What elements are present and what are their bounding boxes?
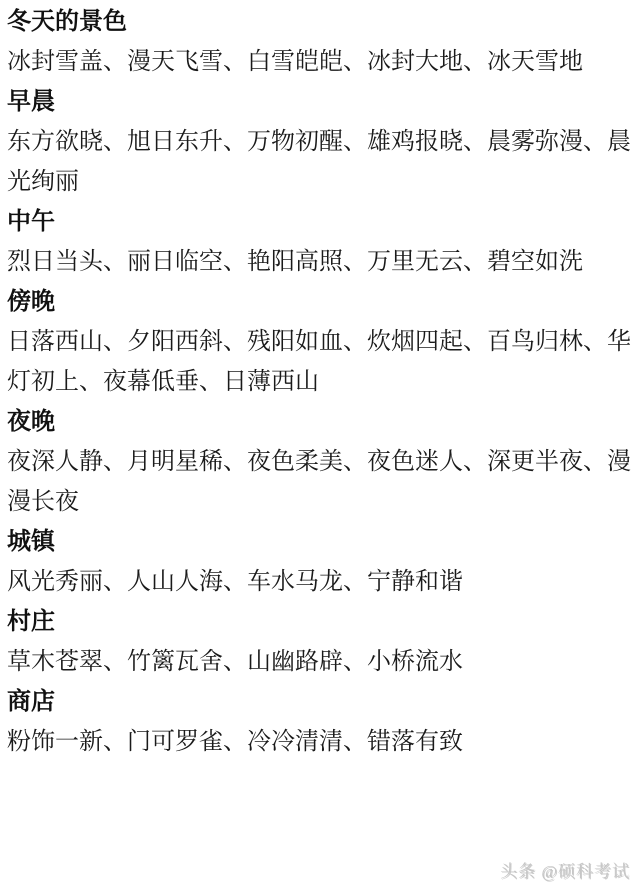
section-dusk: 傍晚 日落西山、夕阳西斜、残阳如血、炊烟四起、百鸟归林、华灯初上、夜幕低垂、日薄… bbox=[7, 282, 634, 402]
section-shop: 商店 粉饰一新、门可罗雀、冷冷清清、错落有致 bbox=[7, 682, 634, 762]
section-heading: 商店 bbox=[7, 682, 634, 722]
section-night: 夜晚 夜深人静、月明星稀、夜色柔美、夜色迷人、深更半夜、漫漫长夜 bbox=[7, 402, 634, 522]
section-phrases: 粉饰一新、门可罗雀、冷冷清清、错落有致 bbox=[7, 722, 634, 762]
section-village: 村庄 草木苍翠、竹篱瓦舍、山幽路辟、小桥流水 bbox=[7, 602, 634, 682]
section-noon: 中午 烈日当头、丽日临空、艳阳高照、万里无云、碧空如洗 bbox=[7, 202, 634, 282]
section-phrases: 草木苍翠、竹篱瓦舍、山幽路辟、小桥流水 bbox=[7, 642, 634, 682]
document-page: 冬天的景色 冰封雪盖、漫天飞雪、白雪皑皑、冰封大地、冰天雪地 早晨 东方欲晓、旭… bbox=[0, 0, 640, 891]
section-phrases: 日落西山、夕阳西斜、残阳如血、炊烟四起、百鸟归林、华灯初上、夜幕低垂、日薄西山 bbox=[7, 322, 634, 402]
section-winter-scenery: 冬天的景色 冰封雪盖、漫天飞雪、白雪皑皑、冰封大地、冰天雪地 bbox=[7, 2, 634, 82]
watermark: 头条 @硕科考试 bbox=[500, 862, 630, 882]
section-heading: 村庄 bbox=[7, 602, 634, 642]
section-phrases: 夜深人静、月明星稀、夜色柔美、夜色迷人、深更半夜、漫漫长夜 bbox=[7, 442, 634, 522]
section-phrases: 东方欲晓、旭日东升、万物初醒、雄鸡报晓、晨雾弥漫、晨光绚丽 bbox=[7, 122, 634, 202]
section-heading: 早晨 bbox=[7, 82, 634, 122]
section-phrases: 烈日当头、丽日临空、艳阳高照、万里无云、碧空如洗 bbox=[7, 242, 634, 282]
section-town: 城镇 风光秀丽、人山人海、车水马龙、宁静和谐 bbox=[7, 522, 634, 602]
document-content: 冬天的景色 冰封雪盖、漫天飞雪、白雪皑皑、冰封大地、冰天雪地 早晨 东方欲晓、旭… bbox=[0, 0, 640, 762]
section-heading: 傍晚 bbox=[7, 282, 634, 322]
section-phrases: 冰封雪盖、漫天飞雪、白雪皑皑、冰封大地、冰天雪地 bbox=[7, 42, 634, 82]
section-morning: 早晨 东方欲晓、旭日东升、万物初醒、雄鸡报晓、晨雾弥漫、晨光绚丽 bbox=[7, 82, 634, 202]
section-heading: 夜晚 bbox=[7, 402, 634, 442]
section-heading: 冬天的景色 bbox=[7, 2, 634, 42]
section-phrases: 风光秀丽、人山人海、车水马龙、宁静和谐 bbox=[7, 562, 634, 602]
section-heading: 中午 bbox=[7, 202, 634, 242]
section-heading: 城镇 bbox=[7, 522, 634, 562]
